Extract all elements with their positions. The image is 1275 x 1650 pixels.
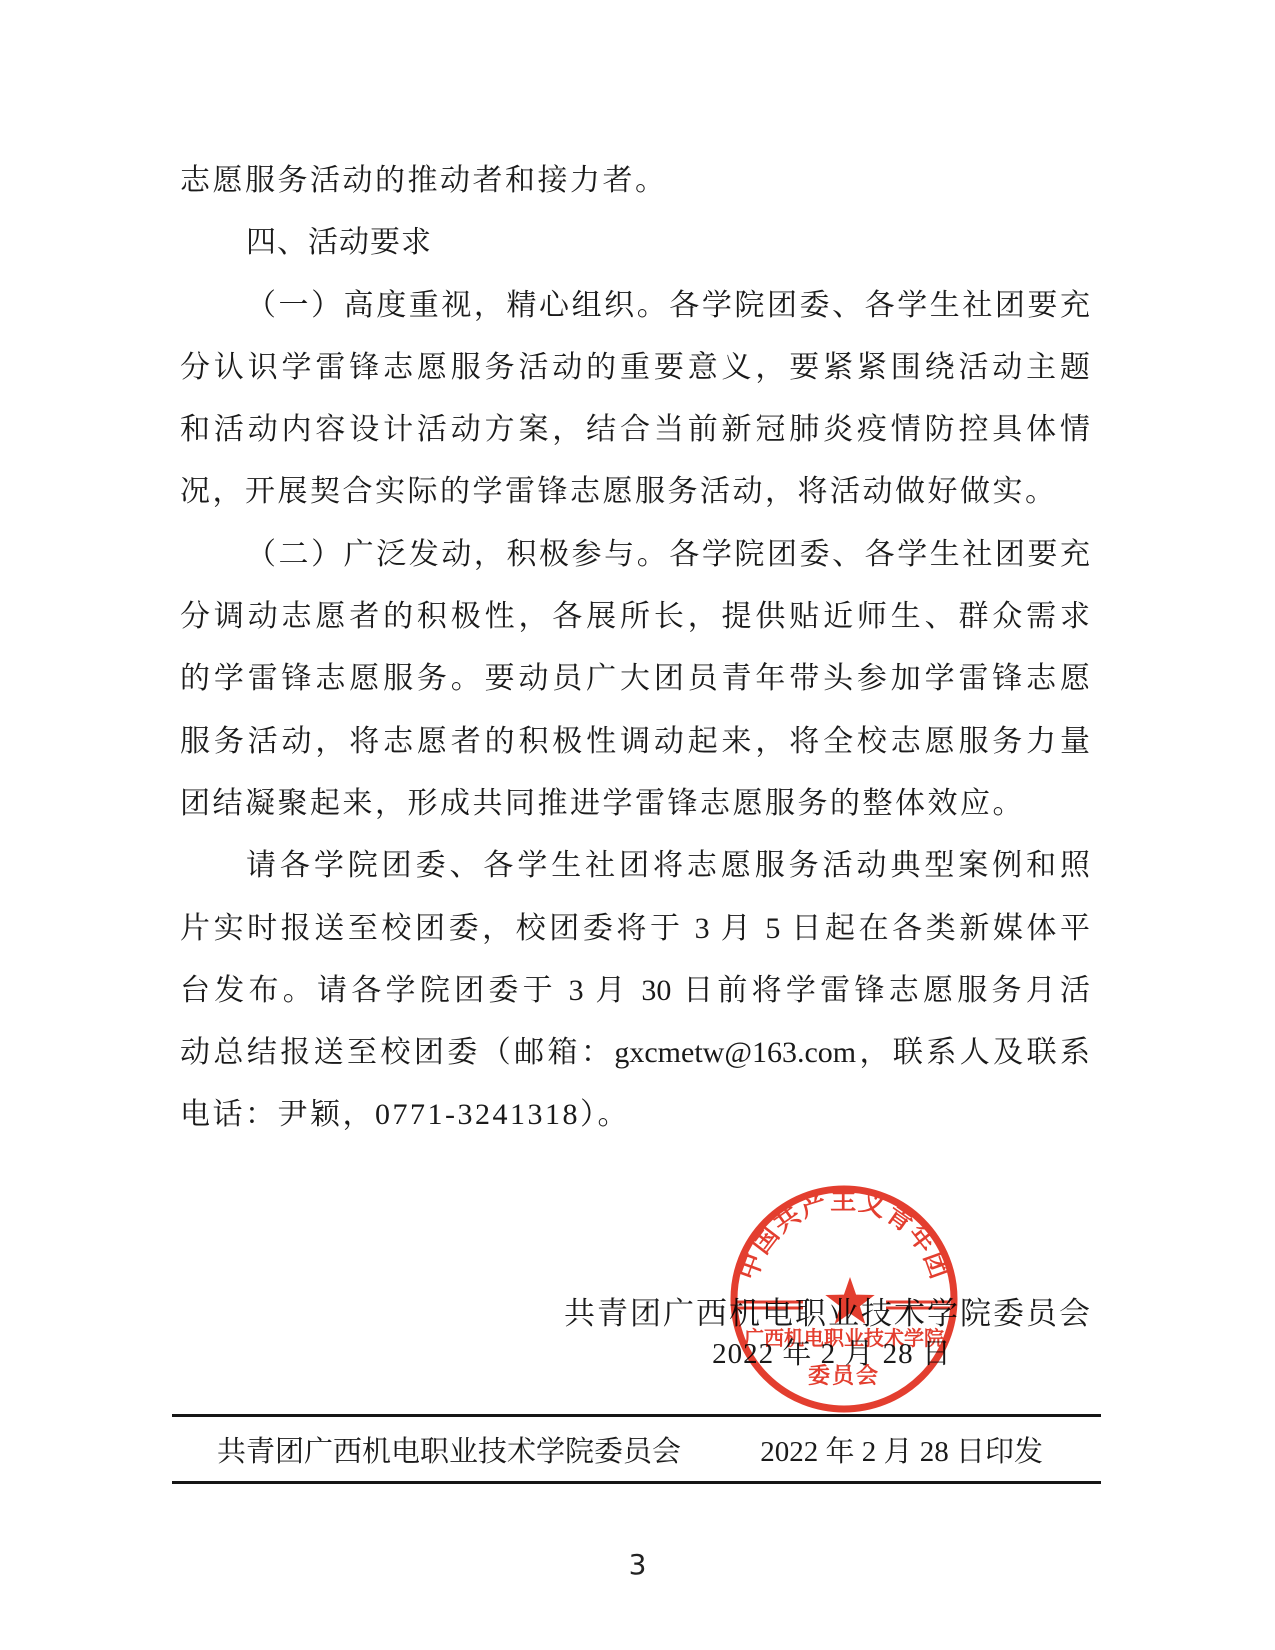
page-number: 3 bbox=[0, 1548, 1275, 1581]
seal-committee-text: 委员会 bbox=[808, 1363, 880, 1388]
document-page: 志愿服务活动的推动者和接力者。 四、活动要求 （一）高度重视，精心组织。各学院团… bbox=[0, 0, 1275, 1650]
body-line: 分认识学雷锋志愿服务活动的重要意义，要紧紧围绕活动主题 bbox=[180, 337, 1090, 399]
footer-rule-top bbox=[172, 1414, 1101, 1417]
body-line: 台发布。请各学院团委于 3 月 30 日前将学雷锋志愿服务月活 bbox=[180, 960, 1090, 1022]
seal-arc-text: 中国共产主义青年团 bbox=[733, 1186, 955, 1283]
official-seal: 中国共产主义青年团 广西机电职业技术学院 委员会 bbox=[727, 1182, 961, 1416]
body-line: 服务活动，将志愿者的积极性调动起来，将全校志愿服务力量 bbox=[180, 711, 1090, 773]
footer-rule-bottom bbox=[172, 1481, 1101, 1484]
document-body: 志愿服务活动的推动者和接力者。 四、活动要求 （一）高度重视，精心组织。各学院团… bbox=[180, 150, 1090, 1147]
body-line: 请各学院团委、各学生社团将志愿服务活动典型案例和照 bbox=[180, 835, 1090, 897]
body-line: 分调动志愿者的积极性，各展所长，提供贴近师生、群众需求 bbox=[180, 586, 1090, 648]
star-icon bbox=[825, 1277, 874, 1324]
body-line: （一）高度重视，精心组织。各学院团委、各学生社团要充 bbox=[180, 275, 1090, 337]
body-line: 动总结报送至校团委（邮箱：gxcmetw@163.com，联系人及联系 bbox=[180, 1022, 1090, 1084]
body-line: （二）广泛发动，积极参与。各学院团委、各学生社团要充 bbox=[180, 524, 1090, 586]
body-line: 况，开展契合实际的学雷锋志愿服务活动，将活动做好做实。 bbox=[180, 461, 1090, 523]
body-line: 电话：尹颖，0771-3241318）。 bbox=[180, 1084, 1090, 1146]
footer: 共青团广西机电职业技术学院委员会 2022 年 2 月 28 日印发 bbox=[172, 1430, 1101, 1475]
seal-org-text: 广西机电职业技术学院 bbox=[744, 1326, 944, 1350]
seal-arc-text-holder: 中国共产主义青年团 bbox=[733, 1186, 955, 1283]
body-line: 志愿服务活动的推动者和接力者。 bbox=[180, 150, 1090, 212]
footer-print-date: 2022 年 2 月 28 日印发 bbox=[760, 1430, 1043, 1475]
body-line: 团结凝聚起来，形成共同推进学雷锋志愿服务的整体效应。 bbox=[180, 773, 1090, 835]
body-line: 片实时报送至校团委，校团委将于 3 月 5 日起在各类新媒体平 bbox=[180, 898, 1090, 960]
body-line: 的学雷锋志愿服务。要动员广大团员青年带头参加学雷锋志愿 bbox=[180, 648, 1090, 710]
section-heading: 四、活动要求 bbox=[180, 212, 1090, 274]
footer-issuer: 共青团广西机电职业技术学院委员会 bbox=[217, 1430, 681, 1475]
body-line: 和活动内容设计活动方案，结合当前新冠肺炎疫情防控具体情 bbox=[180, 399, 1090, 461]
